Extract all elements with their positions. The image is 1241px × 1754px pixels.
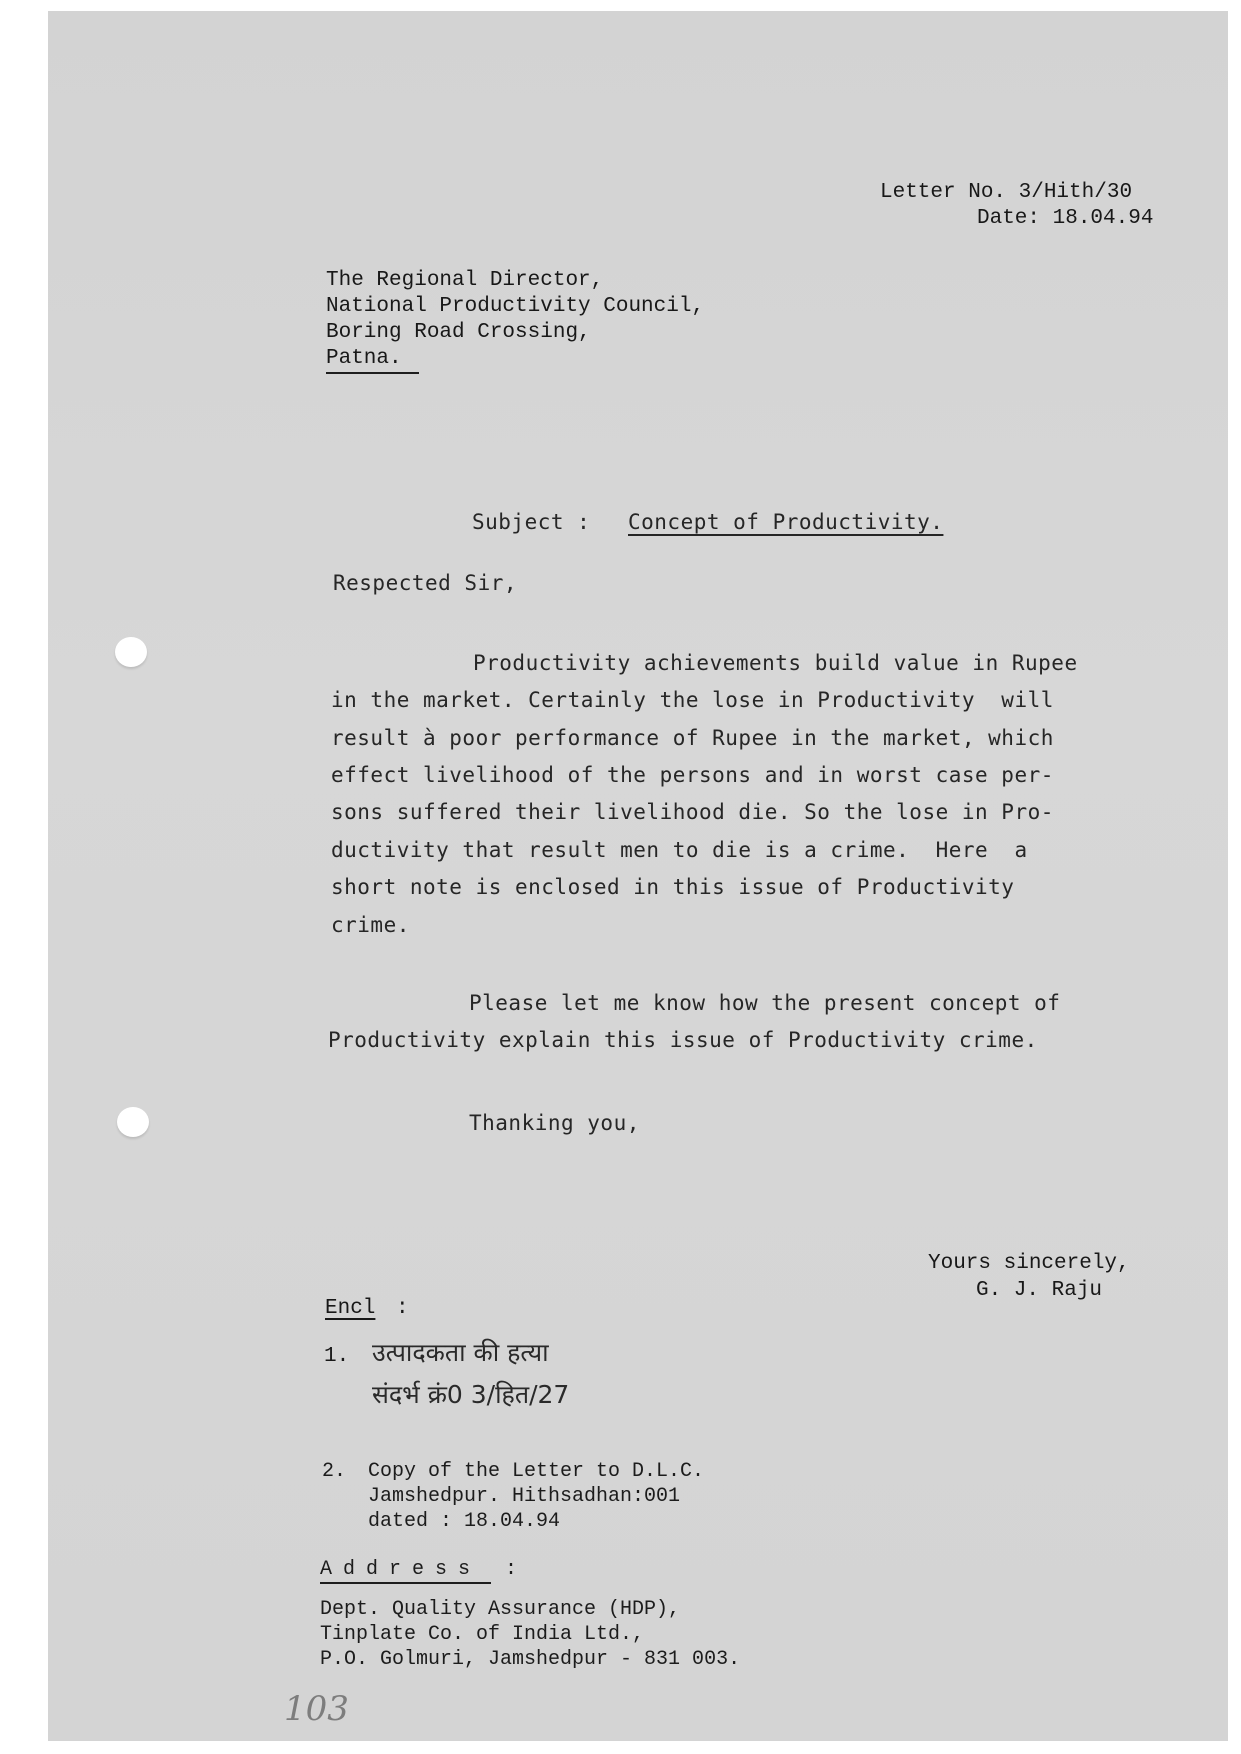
punch-hole xyxy=(117,1107,149,1137)
body-line: result à poor performance of Rupee in th… xyxy=(331,728,1054,749)
body-line: ductivity that result men to die is a cr… xyxy=(331,840,1028,861)
enclosure-number: 1. xyxy=(324,1346,349,1367)
salutation: Respected Sir, xyxy=(333,573,517,594)
signoff: Yours sincerely, xyxy=(928,1253,1130,1274)
address-label: Address xyxy=(320,1560,481,1580)
address-line: Tinplate Co. of India Ltd., xyxy=(320,1625,644,1645)
enclosure-number: 2. xyxy=(322,1462,346,1482)
body-line: Productivity explain this issue of Produ… xyxy=(328,1030,1038,1051)
enclosure-line: संदर्भ क्रं0 3/हित/27 xyxy=(372,1382,569,1407)
closing: Thanking you, xyxy=(469,1113,640,1134)
recipient-line: Boring Road Crossing, xyxy=(326,322,591,343)
enclosures-label: Encl xyxy=(325,1298,375,1319)
subject-text: Concept of Productivity. xyxy=(628,512,943,533)
signatory-name: G. J. Raju xyxy=(976,1280,1102,1301)
address-colon: : xyxy=(505,1560,517,1580)
letter-number: Letter No. 3/Hith/30 xyxy=(880,182,1132,203)
letter-date: Date: 18.04.94 xyxy=(977,208,1153,229)
enclosure-line: Jamshedpur. Hithsadhan:001 xyxy=(368,1487,680,1507)
recipient-line: National Productivity Council, xyxy=(326,296,704,317)
underline-rule xyxy=(320,1582,491,1584)
punch-hole xyxy=(115,637,147,667)
enclosure-line: Copy of the Letter to D.L.C. xyxy=(368,1462,704,1482)
body-line: crime. xyxy=(331,915,410,936)
recipient-line: The Regional Director, xyxy=(326,270,603,291)
body-line: sons suffered their livelihood die. So t… xyxy=(331,802,1054,823)
subject-label: Subject : xyxy=(472,512,603,533)
body-line: Please let me know how the present conce… xyxy=(469,993,1060,1014)
body-line: short note is enclosed in this issue of … xyxy=(331,877,1014,898)
enclosure-line: dated : 18.04.94 xyxy=(368,1512,560,1532)
recipient-line: Patna. xyxy=(326,348,402,369)
body-line: effect livelihood of the persons and in … xyxy=(331,765,1054,786)
underline-rule xyxy=(326,372,419,374)
enclosure-line: उत्पादकता की हत्या xyxy=(372,1340,549,1365)
body-line: in the market. Certainly the lose in Pro… xyxy=(331,690,1054,711)
address-line: P.O. Golmuri, Jamshedpur - 831 003. xyxy=(320,1650,740,1670)
handwritten-page-number: 103 xyxy=(284,1692,349,1726)
address-line: Dept. Quality Assurance (HDP), xyxy=(320,1600,680,1620)
enclosures-colon: : xyxy=(396,1298,409,1319)
body-line: Productivity achievements build value in… xyxy=(473,653,1078,674)
